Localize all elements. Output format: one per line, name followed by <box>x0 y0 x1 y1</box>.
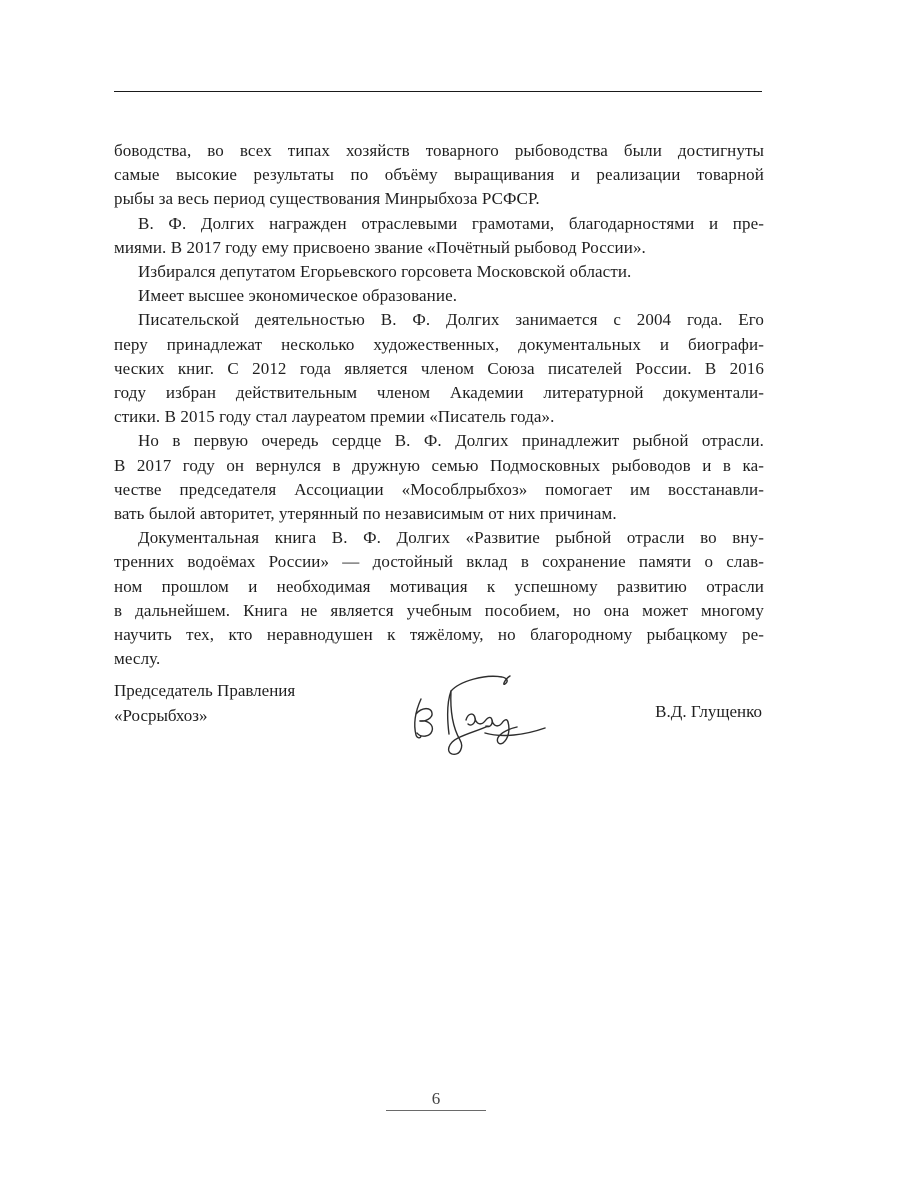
paragraph: боводства, во всех типах хозяйств товарн… <box>114 139 764 212</box>
paragraph: Избирался депутатом Егорьевского горсове… <box>114 260 764 284</box>
paragraph-line: В. Ф. Долгих награжден отраслевыми грамо… <box>114 212 764 236</box>
paragraph-line: вать былой авторитет, утерянный по незав… <box>114 502 764 526</box>
paragraph: Документальная книга В. Ф. Долгих «Разви… <box>114 526 764 671</box>
paragraph-line: Избирался депутатом Егорьевского горсове… <box>114 260 764 284</box>
paragraph-line: миями. В 2017 году ему присвоено звание … <box>114 236 764 260</box>
paragraph-line: году избран действительным членом Академ… <box>114 381 764 405</box>
paragraph-line: Имеет высшее экономическое образование. <box>114 284 764 308</box>
paragraph-line: Писательской деятельностью В. Ф. Долгих … <box>114 308 764 332</box>
handwritten-signature-icon <box>390 666 580 776</box>
signer-title: Председатель Правления <box>114 678 295 703</box>
signer-name: В.Д. Глущенко <box>655 702 762 722</box>
paragraph: В. Ф. Долгих награжден отраслевыми грамо… <box>114 212 764 260</box>
paragraph-line: В 2017 году он вернулся в дружную семью … <box>114 454 764 478</box>
paragraph: Но в первую очередь сердце В. Ф. Долгих … <box>114 429 764 526</box>
body-text: боводства, во всех типах хозяйств товарн… <box>114 139 764 671</box>
paragraph-line: рыбы за весь период существования Минрыб… <box>114 187 764 211</box>
paragraph-line: ном прошлом и необходимая мотивация к ус… <box>114 575 764 599</box>
paragraph-line: самые высокие результаты по объёму выращ… <box>114 163 764 187</box>
paragraph-line: тренних водоёмах России» — достойный вкл… <box>114 550 764 574</box>
page-number-value: 6 <box>432 1089 441 1108</box>
paragraph-line: Но в первую очередь сердце В. Ф. Долгих … <box>114 429 764 453</box>
paragraph-line: в дальнейшем. Книга не является учебным … <box>114 599 764 623</box>
book-page: боводства, во всех типах хозяйств товарн… <box>0 0 900 1200</box>
paragraph-line: Документальная книга В. Ф. Долгих «Разви… <box>114 526 764 550</box>
page-number: 6 <box>386 1089 486 1111</box>
paragraph-line: стики. В 2015 году стал лауреатом премии… <box>114 405 764 429</box>
paragraph-line: научить тех, кто неравнодушен к тяжёлому… <box>114 623 764 647</box>
signature-block: Председатель Правления «Росрыбхоз» В.Д. … <box>114 678 764 788</box>
paragraph: Писательской деятельностью В. Ф. Долгих … <box>114 308 764 429</box>
paragraph: Имеет высшее экономическое образование. <box>114 284 764 308</box>
paragraph-line: ческих книг. С 2012 года является членом… <box>114 357 764 381</box>
signer-title-block: Председатель Правления «Росрыбхоз» <box>114 678 295 728</box>
paragraph-line: честве председателя Ассоциации «Мособлры… <box>114 478 764 502</box>
header-rule <box>114 91 762 92</box>
signer-org: «Росрыбхоз» <box>114 703 295 728</box>
paragraph-line: боводства, во всех типах хозяйств товарн… <box>114 139 764 163</box>
paragraph-line: перу принадлежат несколько художественны… <box>114 333 764 357</box>
